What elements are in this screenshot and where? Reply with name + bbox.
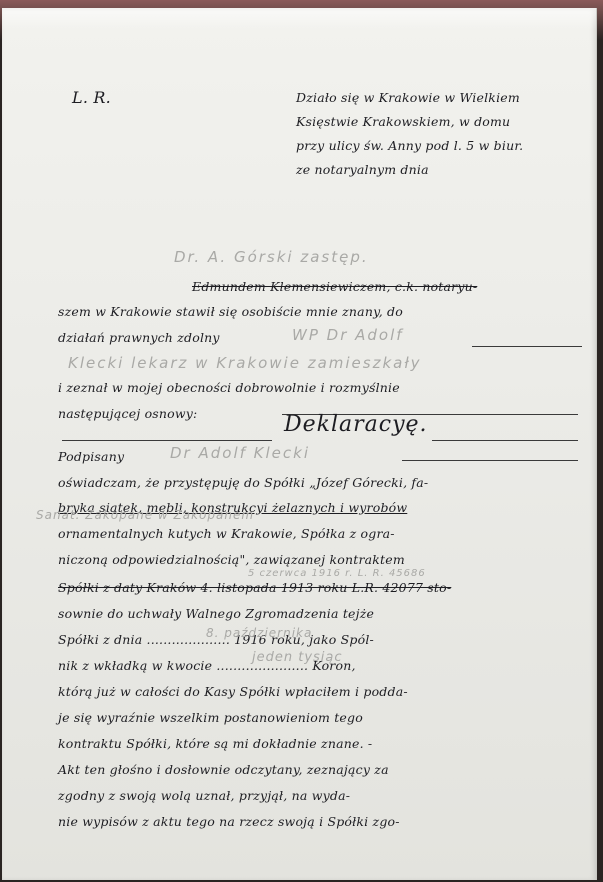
fill-in-line xyxy=(432,440,578,441)
pencil-margin-note: Sanat. Zakopane w Zakopanem xyxy=(36,508,254,522)
pencil-amount-words: jeden tysiąc xyxy=(252,650,343,665)
declaration-line-12: kontraktu Spółki, które są mi dokładnie … xyxy=(58,736,372,751)
notary-name-line: Edmundem Klemensiewiczem, c.k. notaryu- xyxy=(192,279,477,294)
body-line-2: szem w Krakowie stawił się osobiście mni… xyxy=(58,304,403,319)
body-line-3: działań prawnych zdolny xyxy=(58,330,220,345)
paper-fold-shadow xyxy=(2,8,596,30)
pencil-meeting-date: 8. października xyxy=(206,626,312,640)
fill-in-line xyxy=(472,346,582,347)
body-line-4: i zeznał w mojej obecności dobrowolnie i… xyxy=(58,380,400,395)
pencil-signer-name: Dr Adolf Klecki xyxy=(170,444,310,462)
pencil-notary-substitute: Dr. A. Górski zastęp. xyxy=(174,248,369,266)
declaration-line-13: Akt ten głośno i dosłownie odczytany, ze… xyxy=(58,762,389,777)
declaration-line-7: sownie do uchwały Walnego Zgromadzenia t… xyxy=(58,606,374,621)
fill-in-line xyxy=(402,460,578,461)
declaration-line-11: je się wyraźnie wszelkim postanowieniom … xyxy=(58,710,363,725)
header-line-2: Księstwie Krakowskiem, w domu xyxy=(296,114,510,129)
pencil-appearing-party: WP Dr Adolf xyxy=(292,326,404,344)
declaration-title: Deklaracyę. xyxy=(284,412,428,437)
body-line-5: następującej osnowy: xyxy=(58,406,197,421)
fill-in-line xyxy=(62,440,272,441)
reference-mark: L. R. xyxy=(72,88,111,107)
declaration-line-15: nie wypisów z aktu tego na rzecz swoją i… xyxy=(58,814,400,829)
declaration-line-14: zgodny z swoją wolą uznał, przyjął, na w… xyxy=(58,788,350,803)
header-line-3: przy ulicy św. Anny pod l. 5 w biur. xyxy=(296,138,523,153)
declaration-line-6: Spółki z daty Kraków 4. listopada 1913 r… xyxy=(58,580,451,595)
declaration-line-4: ornamentalnych kutych w Krakowie, Spółka… xyxy=(58,526,395,541)
header-line-4: ze notaryalnym dnia xyxy=(296,162,429,177)
declaration-line-5: niczoną odpowiedzialnością", zawiązanej … xyxy=(58,552,405,567)
header-line-1: Działo się w Krakowie w Wielkiem xyxy=(296,90,520,105)
declaration-line-2: oświadczam, że przystępuję do Spółki „Jó… xyxy=(58,475,428,490)
pencil-appearing-party-cont: Klecki lekarz w Krakowie zamieszkały xyxy=(68,354,422,372)
declaration-line-1: Podpisany xyxy=(58,449,124,464)
pencil-date-correction: 5 czerwca 1916 r. L. R. 45686 xyxy=(248,568,426,579)
declaration-line-10: którą już w całości do Kasy Spółki wpłac… xyxy=(58,684,408,699)
document-page: L. R. Działo się w Krakowie w Wielkiem K… xyxy=(2,8,597,880)
